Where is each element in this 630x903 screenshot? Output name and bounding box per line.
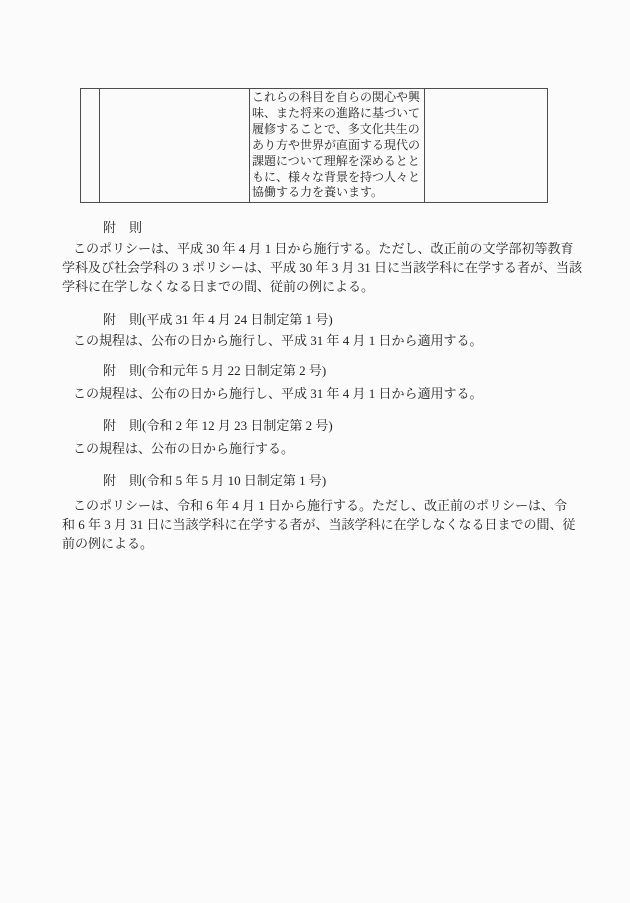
supplementary-provision-section: 附 則(令和 2 年 12 月 23 日制定第 2 号) この規程は、公布の日か…	[62, 416, 585, 459]
table-row: これらの科目を自らの関心や興 味、また将来の進路に基づいて 履修することで、多文…	[81, 89, 548, 203]
appendix-body: この規程は、公布の日から施行し、平成 31 年 4 月 1 日から適用する。	[62, 331, 585, 350]
appendix-body: この規程は、公布の日から施行する。	[62, 439, 585, 458]
appendix-heading: 附 則(令和元年 5 月 22 日制定第 2 号)	[62, 361, 585, 380]
document-content: これらの科目を自らの関心や興 味、また将来の進路に基づいて 履修することで、多文…	[0, 0, 630, 554]
appendix-heading: 附 則(平成 31 年 4 月 24 日制定第 1 号)	[62, 310, 585, 329]
supplementary-provision-section: 附 則(平成 31 年 4 月 24 日制定第 1 号) この規程は、公布の日か…	[62, 310, 585, 351]
appendix-body: このポリシーは、令和 6 年 4 月 1 日から施行する。ただし、改正前のポリシ…	[62, 496, 585, 554]
table-cell-left-narrow	[81, 89, 100, 203]
table-cell-description: これらの科目を自らの関心や興 味、また将来の進路に基づいて 履修することで、多文…	[250, 89, 425, 203]
appendix-heading: 附 則(令和 5 年 5 月 10 日制定第 1 号)	[62, 471, 585, 490]
appendix-body: この規程は、公布の日から施行し、平成 31 年 4 月 1 日から適用する。	[62, 384, 585, 403]
appendix-heading: 附 則	[62, 218, 585, 237]
table-cell-right	[425, 89, 548, 203]
supplementary-provision-section: 附 則(令和 5 年 5 月 10 日制定第 1 号) このポリシーは、令和 6…	[62, 471, 585, 553]
supplementary-provision-section: 附 則(令和元年 5 月 22 日制定第 2 号) この規程は、公布の日から施行…	[62, 361, 585, 404]
curriculum-policy-table: これらの科目を自らの関心や興 味、また将来の進路に基づいて 履修することで、多文…	[80, 88, 548, 203]
document-page: これらの科目を自らの関心や興 味、また将来の進路に基づいて 履修することで、多文…	[0, 0, 630, 903]
appendix-body: このポリシーは、平成 30 年 4 月 1 日から施行する。ただし、改正前の文学…	[62, 239, 585, 297]
table-cell-category	[100, 89, 250, 203]
appendix-heading: 附 則(令和 2 年 12 月 23 日制定第 2 号)	[62, 416, 585, 435]
supplementary-provision-section: 附 則 このポリシーは、平成 30 年 4 月 1 日から施行する。ただし、改正…	[62, 218, 585, 296]
